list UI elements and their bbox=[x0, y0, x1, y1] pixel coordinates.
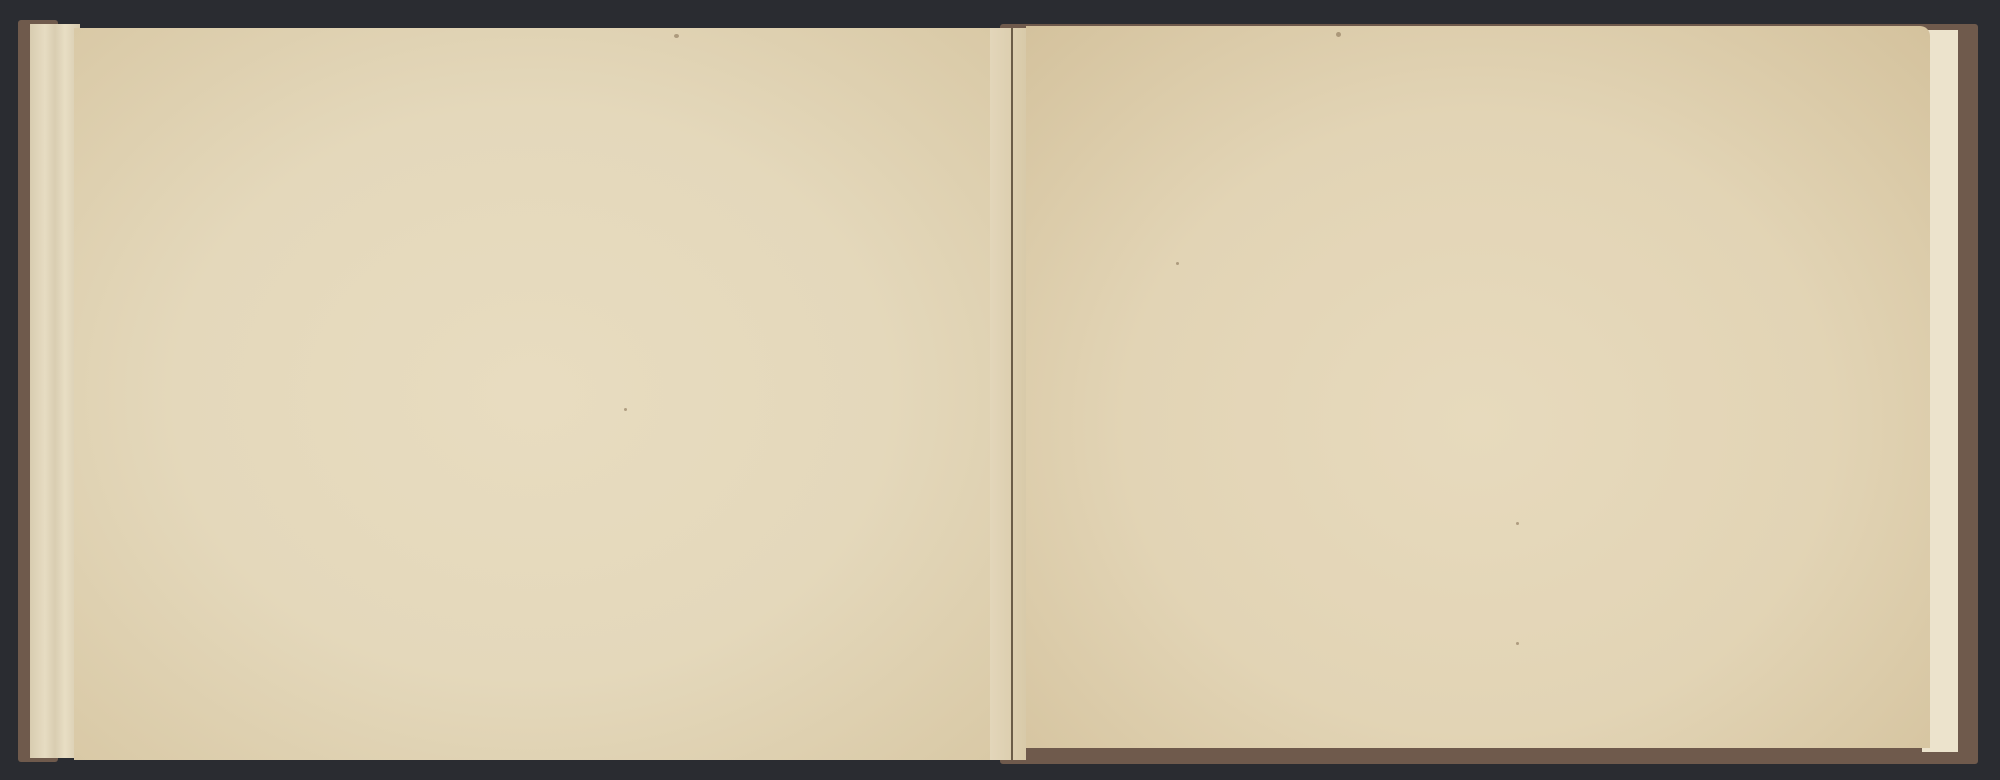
stain-spot bbox=[1516, 642, 1519, 645]
stain-spot bbox=[1176, 262, 1179, 265]
book-gutter bbox=[990, 28, 1026, 760]
left-page bbox=[74, 28, 990, 760]
stain-spot bbox=[674, 34, 679, 38]
left-page-stack bbox=[30, 24, 80, 758]
gutter-line bbox=[1011, 28, 1013, 760]
stain-spot bbox=[1516, 522, 1519, 525]
right-page bbox=[1026, 26, 1930, 748]
stain-spot bbox=[624, 408, 627, 411]
book-photo: { "scene": { "subject": "open blank book… bbox=[0, 0, 2000, 780]
stain-spot bbox=[1336, 32, 1341, 37]
